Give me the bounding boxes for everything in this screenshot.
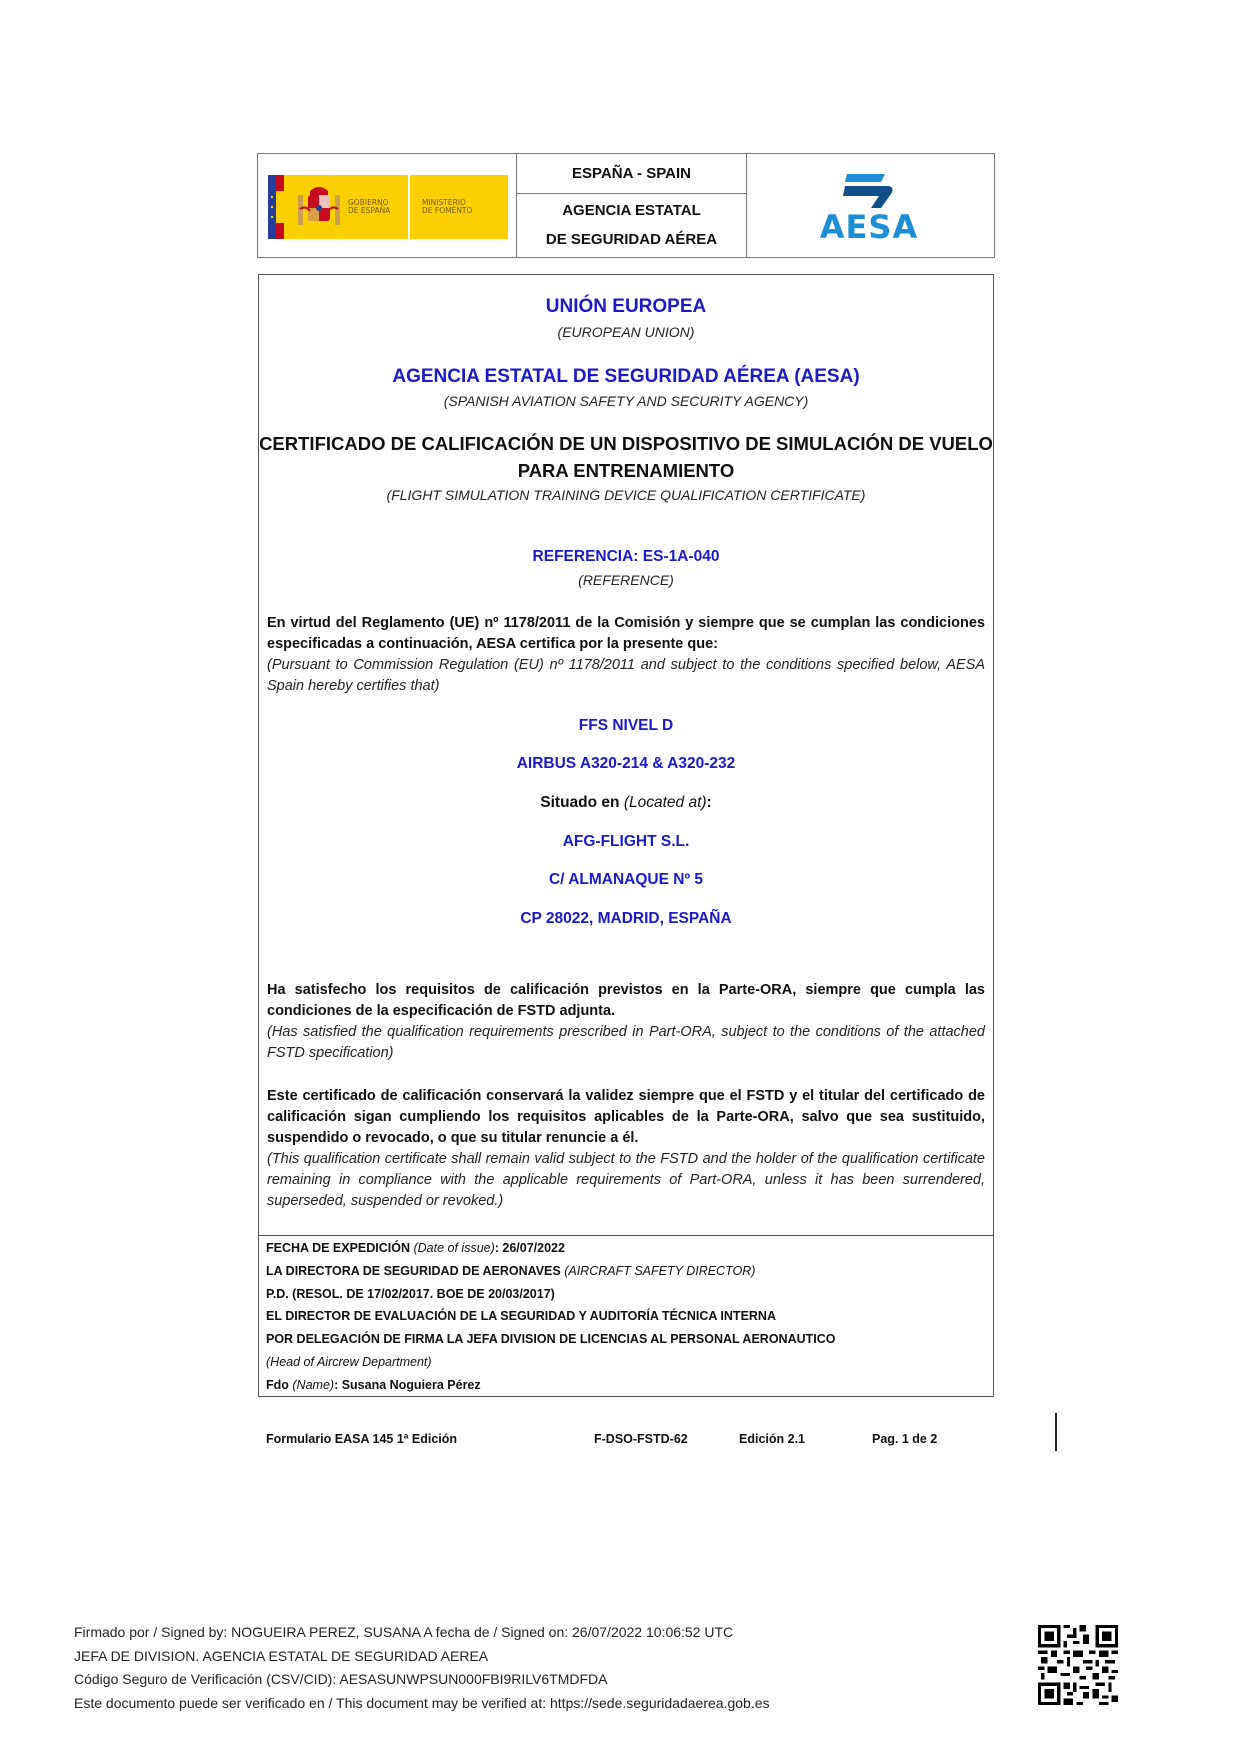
delegation-line: POR DELEGACIÓN DE FIRMA LA JEFA DIVISION… bbox=[266, 1328, 986, 1351]
intro-es: En virtud del Reglamento (UE) nº 1178/20… bbox=[267, 613, 985, 655]
located-colon: : bbox=[707, 794, 712, 811]
csv-code-line: Código Seguro de Verificación (CSV/CID):… bbox=[74, 1668, 770, 1692]
signer-name-line: Fdo (Name): Susana Noguiera Pérez bbox=[266, 1374, 986, 1397]
condition-1-en: (Has satisfied the qualification require… bbox=[267, 1022, 985, 1064]
header-aesa-cell: AESA bbox=[747, 154, 994, 257]
device-level: FFS NIVEL D bbox=[258, 717, 994, 735]
certificate-title-line1: CERTIFICADO DE CALIFICACIÓN DE UN DISPOS… bbox=[258, 433, 994, 455]
signer-position-line: JEFA DE DIVISION. AGENCIA ESTATAL DE SEG… bbox=[74, 1645, 770, 1669]
union-subtitle: (EUROPEAN UNION) bbox=[258, 324, 994, 340]
aesa-logo: AESA bbox=[809, 170, 929, 246]
header-gov-cell: GOBIERNO DE ESPAÑA MINISTERIO DE FOMENTO bbox=[258, 154, 517, 257]
gobierno-text: GOBIERNO DE ESPAÑA bbox=[348, 199, 390, 215]
pd-line: P.D. (RESOL. DE 17/02/2017. BOE DE 20/03… bbox=[266, 1283, 986, 1306]
aesa-wordmark: AESA bbox=[809, 208, 929, 246]
aesa-wing-icon bbox=[841, 170, 897, 210]
certificate-title-line2: PARA ENTRENAMIENTO bbox=[258, 460, 994, 482]
signature-divider bbox=[258, 1235, 994, 1236]
director-es: LA DIRECTORA DE SEGURIDAD DE AERONAVES bbox=[266, 1264, 564, 1278]
footer-form: Formulario EASA 145 1ª Edición bbox=[266, 1432, 457, 1446]
operator-address: C/ ALMANAQUE Nº 5 bbox=[258, 871, 994, 889]
reference-number: REFERENCIA: ES-1A-040 bbox=[258, 548, 994, 566]
director-en: (AIRCRAFT SAFETY DIRECTOR) bbox=[564, 1264, 755, 1278]
union-title: UNIÓN EUROPEA bbox=[258, 296, 994, 318]
verification-url-line[interactable]: Este documento puede ser verificado en /… bbox=[74, 1692, 770, 1716]
electronic-signature: Firmado por / Signed by: NOGUEIRA PEREZ,… bbox=[74, 1621, 770, 1715]
issue-label: FECHA DE EXPEDICIÓN bbox=[266, 1241, 413, 1255]
gobierno-line2: DE ESPAÑA bbox=[348, 207, 390, 215]
gobierno-de-espana-logo: GOBIERNO DE ESPAÑA MINISTERIO DE FOMENTO bbox=[268, 175, 508, 239]
eu-spain-flag-icon bbox=[268, 175, 284, 239]
reference-label-en: (REFERENCE) bbox=[258, 572, 994, 588]
qr-code-icon bbox=[1038, 1625, 1118, 1705]
located-label-es: Situado en bbox=[540, 794, 624, 811]
intro-paragraph: En virtud del Reglamento (UE) nº 1178/20… bbox=[267, 613, 985, 697]
condition-paragraph-1: Ha satisfecho los requisitos de califica… bbox=[267, 980, 985, 1064]
header-country: ESPAÑA - SPAIN bbox=[517, 154, 746, 194]
signed-by-line: Firmado por / Signed by: NOGUEIRA PEREZ,… bbox=[74, 1621, 770, 1645]
ministerio-text: MINISTERIO DE FOMENTO bbox=[422, 199, 472, 215]
certificate-title-en: (FLIGHT SIMULATION TRAINING DEVICE QUALI… bbox=[258, 487, 994, 503]
gobierno-panel: GOBIERNO DE ESPAÑA bbox=[284, 175, 408, 239]
operator-name: AFG-FLIGHT S.L. bbox=[258, 833, 994, 851]
issue-label-en: (Date of issue) bbox=[413, 1241, 494, 1255]
located-at-label: Situado en (Located at): bbox=[258, 794, 994, 812]
director-line: LA DIRECTORA DE SEGURIDAD DE AERONAVES (… bbox=[266, 1260, 986, 1283]
name-label-en: (Name) bbox=[292, 1378, 334, 1392]
header-agency-cell: ESPAÑA - SPAIN AGENCIA ESTATAL DE SEGURI… bbox=[517, 154, 747, 257]
signature-block: FECHA DE EXPEDICIÓN (Date of issue): 26/… bbox=[266, 1237, 986, 1397]
agency-line2: DE SEGURIDAD AÉREA bbox=[517, 225, 746, 254]
signer-name: : Susana Noguiera Pérez bbox=[334, 1378, 481, 1392]
name-label: Fdo bbox=[266, 1378, 292, 1392]
ministerio-line2: DE FOMENTO bbox=[422, 207, 472, 215]
device-aircraft: AIRBUS A320-214 & A320-232 bbox=[258, 755, 994, 773]
header-table: GOBIERNO DE ESPAÑA MINISTERIO DE FOMENTO… bbox=[257, 153, 995, 258]
issue-date: : 26/07/2022 bbox=[495, 1241, 565, 1255]
revision-bar bbox=[1055, 1413, 1057, 1451]
condition-2-en: (This qualification certificate shall re… bbox=[267, 1149, 985, 1212]
operator-city: CP 28022, MADRID, ESPAÑA bbox=[258, 910, 994, 928]
agency-line1: AGENCIA ESTATAL bbox=[517, 196, 746, 225]
footer-page: Pag. 1 de 2 bbox=[872, 1432, 937, 1446]
agency-title: AGENCIA ESTATAL DE SEGURIDAD AÉREA (AESA… bbox=[258, 366, 994, 388]
evaluation-director-line: EL DIRECTOR DE EVALUACIÓN DE LA SEGURIDA… bbox=[266, 1305, 986, 1328]
located-label-en: (Located at) bbox=[624, 794, 707, 811]
footer-edition: Edición 2.1 bbox=[739, 1432, 805, 1446]
condition-paragraph-2: Este certificado de calificación conserv… bbox=[267, 1086, 985, 1212]
agency-subtitle: (SPANISH AVIATION SAFETY AND SECURITY AG… bbox=[258, 393, 994, 409]
footer-code: F-DSO-FSTD-62 bbox=[594, 1432, 688, 1446]
head-department-line: (Head of Aircrew Department) bbox=[266, 1351, 986, 1374]
ministerio-panel: MINISTERIO DE FOMENTO bbox=[410, 175, 508, 239]
header-agency-name: AGENCIA ESTATAL DE SEGURIDAD AÉREA bbox=[517, 194, 746, 254]
condition-1-es: Ha satisfecho los requisitos de califica… bbox=[267, 980, 985, 1022]
intro-en: (Pursuant to Commission Regulation (EU) … bbox=[267, 655, 985, 697]
condition-2-es: Este certificado de calificación conserv… bbox=[267, 1086, 985, 1149]
coat-of-arms-icon bbox=[296, 181, 342, 233]
issue-date-line: FECHA DE EXPEDICIÓN (Date of issue): 26/… bbox=[266, 1237, 986, 1260]
